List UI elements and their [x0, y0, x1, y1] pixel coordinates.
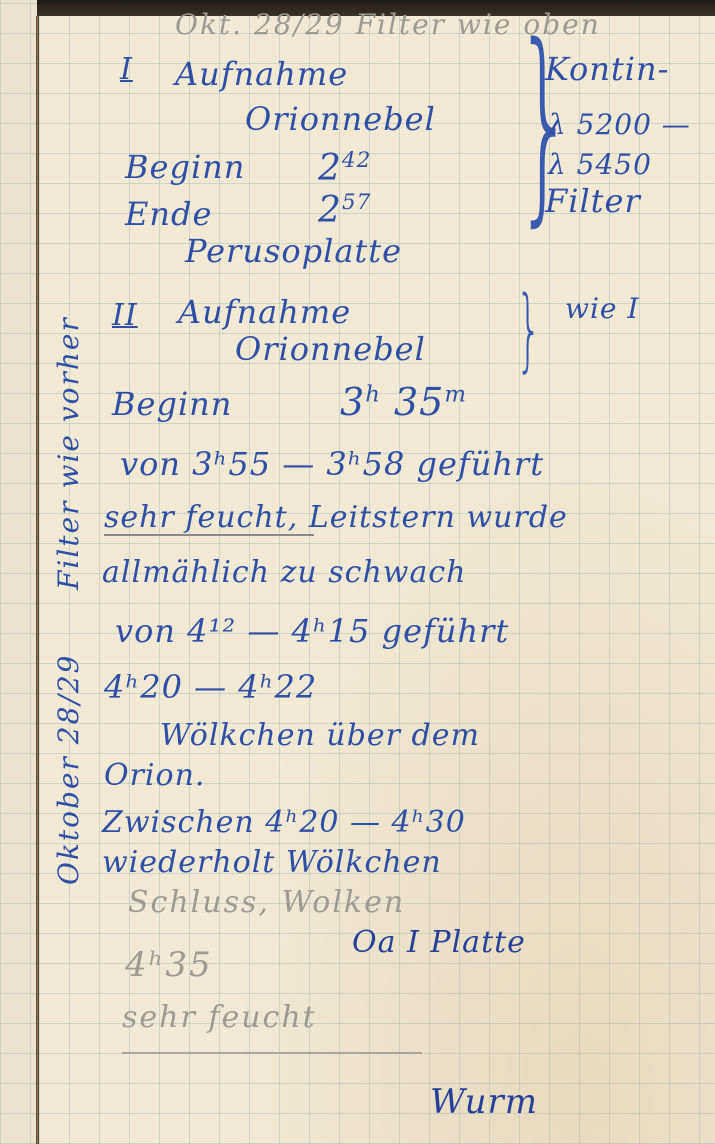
exposure-1-end-label: Ende	[125, 195, 212, 233]
margin-note-filter: Filter wie vorher	[52, 316, 85, 590]
exposure-2-side-note: wie I	[565, 292, 639, 325]
plate-note: Oa I Platte	[352, 925, 526, 960]
log-line: 4ʰ20 — 4ʰ22	[104, 668, 317, 706]
log-line: wiederholt Wölkchen	[102, 845, 442, 880]
exposure-1-title-2: Orionnebel	[245, 100, 436, 138]
pencil-note-humid: sehr feucht	[122, 1000, 317, 1035]
log-line: von 4¹² — 4ʰ15 geführt	[115, 612, 509, 650]
exposure-1-note-1: Kontin-	[545, 50, 669, 88]
exposure-2-begin-label: Beginn	[112, 385, 232, 423]
exposure-1-plate: Perusoplatte	[185, 232, 402, 270]
exposure-2-title-1: Aufnahme	[178, 293, 351, 331]
exposure-1-numeral: I	[120, 52, 133, 87]
exposure-1-begin-time: 242	[318, 148, 371, 189]
signature: Wurm	[430, 1082, 538, 1122]
exposure-1-note-2: λ 5200 —	[548, 108, 691, 141]
log-line: Wölkchen über dem	[160, 718, 480, 753]
log-line: allmählich zu schwach	[102, 555, 466, 590]
log-line: Orion.	[104, 758, 205, 793]
exposure-1-begin-label: Beginn	[125, 148, 245, 186]
left-page	[0, 0, 37, 1144]
exposure-2-begin-time: 3h 35m	[340, 380, 467, 424]
margin-note-date: Oktober 28/29	[52, 653, 85, 885]
exposure-1-title-1: Aufnahme	[175, 55, 348, 93]
pencil-note-end: Schluss, Wolken	[128, 885, 405, 920]
exposure-2-brace: }	[516, 285, 542, 375]
log-line: von 3ʰ55 — 3ʰ58 geführt	[120, 445, 544, 483]
log-line: sehr feucht, Leitstern wurde	[104, 500, 568, 535]
exposure-2-title-2: Orionnebel	[235, 330, 426, 368]
pencil-divider	[122, 1052, 422, 1054]
exposure-2-numeral: II	[112, 298, 138, 333]
pencil-note-time: 4ʰ35	[125, 945, 213, 985]
exposure-1-end-time: 257	[318, 190, 371, 231]
pencil-underline	[104, 534, 314, 536]
exposure-1-note-3: λ 5450	[548, 148, 652, 181]
exposure-1-note-4: Filter	[545, 182, 641, 220]
log-line: Zwischen 4ʰ20 — 4ʰ30	[102, 805, 466, 840]
